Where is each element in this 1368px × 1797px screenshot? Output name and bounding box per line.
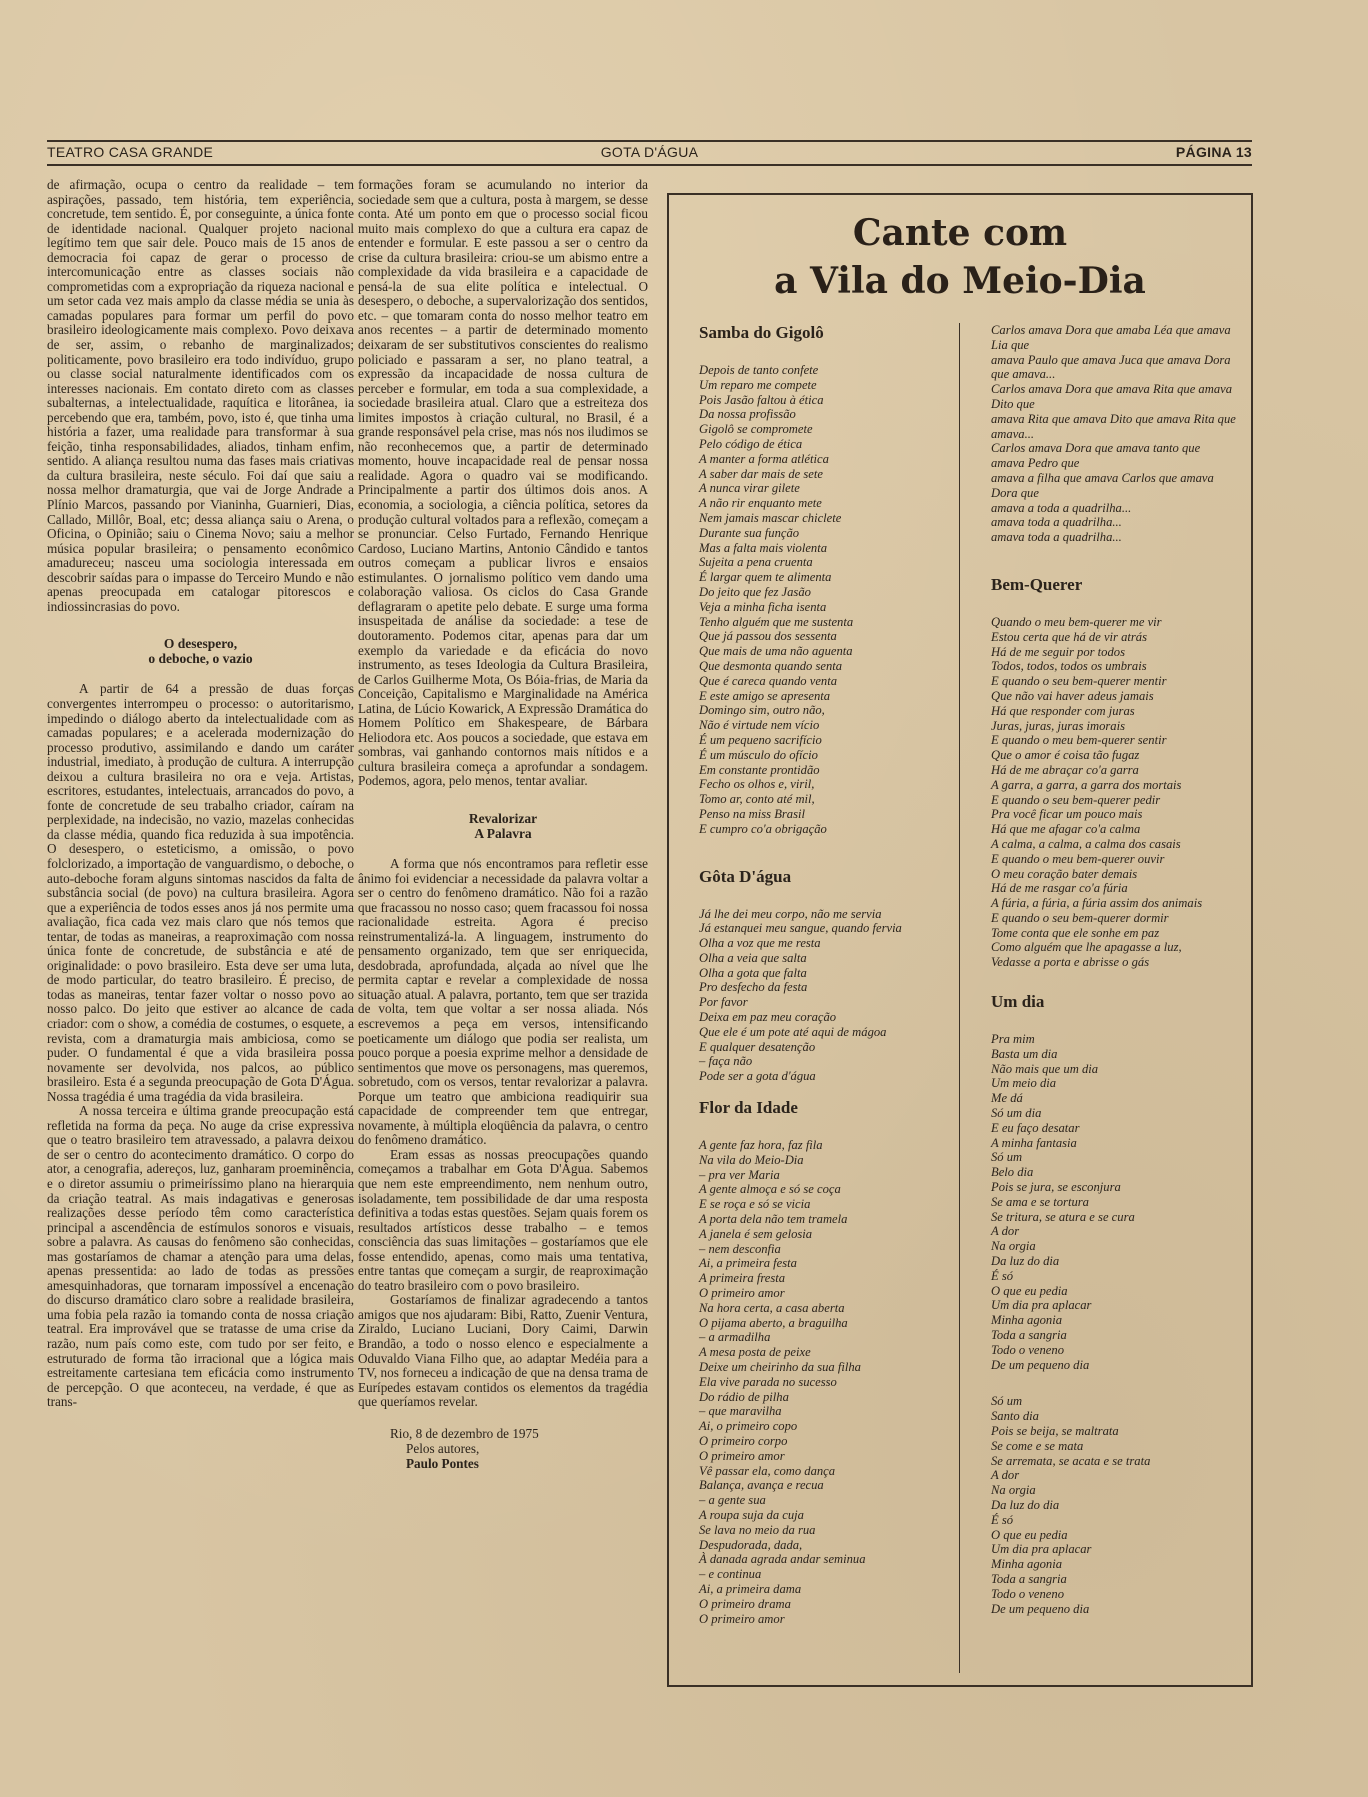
lyric-line: Todos, todos, todos os umbrais bbox=[991, 659, 1236, 674]
lyric-line: A saber dar mais de sete bbox=[699, 467, 954, 482]
lyric-line: Carlos amava Dora que amava tanto que am… bbox=[991, 441, 1236, 471]
lyric-line: Quando o meu bem-querer me vir bbox=[991, 615, 1236, 630]
lyric-line: Se tritura, se atura e se cura bbox=[991, 1210, 1236, 1225]
lyric-line: O pijama aberto, a braguilha bbox=[699, 1316, 954, 1331]
lyric-line: Em constante prontidão bbox=[699, 763, 954, 778]
column-divider bbox=[959, 323, 960, 1673]
lyric-line: Na orgia bbox=[991, 1483, 1236, 1498]
lyric-line: Só um bbox=[991, 1150, 1236, 1165]
song-title-bem-querer: Bem-Querer bbox=[991, 575, 1236, 595]
lyric-line: – a armadilha bbox=[699, 1330, 954, 1345]
song-lyrics-bem-querer: Quando o meu bem-querer me virEstou cert… bbox=[991, 615, 1236, 970]
lyric-line: Pelo código de ética bbox=[699, 437, 954, 452]
lyric-line: É só bbox=[991, 1513, 1236, 1528]
article-signature: Rio, 8 de dezembro de 1975 Pelos autores… bbox=[358, 1426, 648, 1471]
lyric-line: Se come e se mata bbox=[991, 1439, 1236, 1454]
lyric-line: Todo o veneno bbox=[991, 1343, 1236, 1358]
lyric-line: O primeiro amor bbox=[699, 1612, 954, 1627]
lyric-line: Da luz do dia bbox=[991, 1498, 1236, 1513]
lyric-line: Juras, juras, juras imorais bbox=[991, 719, 1236, 734]
lyric-line: A gente almoça e só se coça bbox=[699, 1182, 954, 1197]
lyric-line: Minha agonia bbox=[991, 1557, 1236, 1572]
lyric-line: Pode ser a gota d'água bbox=[699, 1069, 954, 1084]
lyric-line: Já estanquei meu sangue, quando fervia bbox=[699, 921, 954, 936]
lyric-line: Deixa em paz meu coração bbox=[699, 1010, 954, 1025]
lyric-line: E qualquer desatenção bbox=[699, 1040, 954, 1055]
article-subheading-desespero: O desespero, o deboche, o vazio bbox=[47, 636, 354, 666]
lyric-line: Ai, a primeira festa bbox=[699, 1256, 954, 1271]
signature-author: Paulo Pontes bbox=[390, 1456, 648, 1471]
lyric-line: Olha a veia que salta bbox=[699, 951, 954, 966]
song-title-samba-do-gigolo: Samba do Gigolô bbox=[699, 323, 954, 343]
lyric-line: Do jeito que fez Jasão bbox=[699, 585, 954, 600]
lyric-line: Minha agonia bbox=[991, 1313, 1236, 1328]
lyric-line: De um pequeno dia bbox=[991, 1358, 1236, 1373]
article-paragraph: A nossa terceira e última grande preocup… bbox=[47, 1104, 354, 1409]
lyric-line: Um reparo me compete bbox=[699, 378, 954, 393]
lyric-line: Toda a sangria bbox=[991, 1572, 1236, 1587]
lyric-line: Carlos amava Dora que amaba Léa que amav… bbox=[991, 323, 1236, 353]
lyric-line: Não é virtude nem vício bbox=[699, 718, 954, 733]
lyric-line: Durante sua função bbox=[699, 526, 954, 541]
header-page-number: PÁGINA 13 bbox=[1176, 144, 1252, 160]
lyric-line: Um dia pra aplacar bbox=[991, 1298, 1236, 1313]
lyric-line: Há de me rasgar co'a fúria bbox=[991, 881, 1236, 896]
lyric-line: Não mais que um dia bbox=[991, 1062, 1236, 1077]
lyric-line: Gigolô se compromete bbox=[699, 422, 954, 437]
lyric-line: O que eu pedia bbox=[991, 1528, 1236, 1543]
article-paragraph: A partir de 64 a pressão de duas forças … bbox=[47, 682, 354, 1104]
article-column-1: de afirmação, ocupa o centro da realidad… bbox=[47, 178, 354, 1410]
lyric-line: E quando o meu bem-querer ouvir bbox=[991, 852, 1236, 867]
song-lyrics-flor-da-idade: A gente faz hora, faz filaNa vila do Mei… bbox=[699, 1138, 954, 1626]
lyric-line: Como alguém que lhe apagasse a luz, bbox=[991, 940, 1236, 955]
lyric-line: Só um bbox=[991, 1394, 1236, 1409]
lyric-line: Pois Jasão faltou à ética bbox=[699, 393, 954, 408]
lyric-line: Olha a voz que me resta bbox=[699, 936, 954, 951]
lyric-line: A fúria, a fúria, a fúria assim dos anim… bbox=[991, 896, 1236, 911]
lyric-line: Na vila do Meio-Dia bbox=[699, 1153, 954, 1168]
lyric-line: Olha a gota que falta bbox=[699, 966, 954, 981]
lyric-line: Balança, avança e recua bbox=[699, 1478, 954, 1493]
lyric-line: amava a toda a quadrilha... bbox=[991, 501, 1236, 516]
lyric-line: E este amigo se apresenta bbox=[699, 689, 954, 704]
lyric-line: É só bbox=[991, 1269, 1236, 1284]
lyric-line: A manter a forma atlética bbox=[699, 452, 954, 467]
lyric-line: Que mais de uma não aguenta bbox=[699, 644, 954, 659]
lyric-line: Vedasse a porta e abrisse o gás bbox=[991, 955, 1236, 970]
songs-right-column: Carlos amava Dora que amaba Léa que amav… bbox=[991, 323, 1236, 1624]
header-section-name: TEATRO CASA GRANDE bbox=[47, 144, 213, 160]
lyric-line: A nunca virar gilete bbox=[699, 481, 954, 496]
lyric-line: Já lhe dei meu corpo, não me servia bbox=[699, 907, 954, 922]
lyric-line: Por favor bbox=[699, 995, 954, 1010]
lyric-line: Penso na miss Brasil bbox=[699, 807, 954, 822]
page-header: TEATRO CASA GRANDE GOTA D'ÁGUA PÁGINA 13 bbox=[47, 140, 1252, 166]
lyric-line: Ai, a primeira dama bbox=[699, 1582, 954, 1597]
lyric-line: A não rir enquanto mete bbox=[699, 496, 954, 511]
article-paragraph: formações foram se acumulando no interio… bbox=[358, 178, 648, 789]
lyric-line: – a gente sua bbox=[699, 1493, 954, 1508]
article-paragraph: A forma que nós encontramos para refleti… bbox=[358, 857, 648, 1148]
lyric-line: O que eu pedia bbox=[991, 1284, 1236, 1299]
lyric-line: amava Rita que amava Dito que amava Rita… bbox=[991, 412, 1236, 442]
lyric-line: E quando o seu bem-querer dormir bbox=[991, 911, 1236, 926]
lyric-line: E quando o meu bem-querer sentir bbox=[991, 733, 1236, 748]
subheading-line: o deboche, o vazio bbox=[47, 651, 354, 666]
lyric-line: Pra mim bbox=[991, 1032, 1236, 1047]
lyric-line: E cumpro co'a obrigação bbox=[699, 822, 954, 837]
lyric-line: Tomo ar, conto até mil, bbox=[699, 792, 954, 807]
lyric-line: O primeiro corpo bbox=[699, 1434, 954, 1449]
lyric-line: A roupa suja da cuja bbox=[699, 1508, 954, 1523]
lyric-line: Na orgia bbox=[991, 1239, 1236, 1254]
song-lyrics-samba-do-gigolo: Depois de tanto confeteUm reparo me comp… bbox=[699, 363, 954, 837]
lyric-line: E quando o seu bem-querer mentir bbox=[991, 674, 1236, 689]
lyric-line: Um meio dia bbox=[991, 1076, 1236, 1091]
lyric-line: Há que responder com juras bbox=[991, 704, 1236, 719]
song-lyrics-quadrilha: Carlos amava Dora que amaba Léa que amav… bbox=[991, 323, 1236, 545]
lyric-line: Me dá bbox=[991, 1091, 1236, 1106]
lyric-line: É um músculo do ofício bbox=[699, 748, 954, 763]
songs-box: Cante com a Vila do Meio-Dia Samba do Gi… bbox=[667, 193, 1253, 1687]
lyric-line: A primeira fresta bbox=[699, 1271, 954, 1286]
lyric-line: Domingo sim, outro não, bbox=[699, 703, 954, 718]
lyric-line: Carlos amava Dora que amava Rita que ama… bbox=[991, 382, 1236, 412]
lyric-line: Há que me afagar co'a calma bbox=[991, 822, 1236, 837]
article-subheading-revalorizar: Revalorizar A Palavra bbox=[358, 811, 648, 841]
lyric-line: Que não vai haver adeus jamais bbox=[991, 689, 1236, 704]
lyric-line: É um pequeno sacrifício bbox=[699, 733, 954, 748]
lyric-line: A dor bbox=[991, 1224, 1236, 1239]
subheading-line: O desespero, bbox=[47, 636, 354, 651]
lyric-line: A minha fantasia bbox=[991, 1136, 1236, 1151]
lyric-line: Basta um dia bbox=[991, 1047, 1236, 1062]
lyric-line: Que desmonta quando senta bbox=[699, 659, 954, 674]
lyric-line: Ela vive parada no sucesso bbox=[699, 1375, 954, 1390]
lyric-line: Estou certa que há de vir atrás bbox=[991, 630, 1236, 645]
lyric-line: amava Paulo que amava Juca que amava Dor… bbox=[991, 353, 1236, 383]
lyric-line: Que já passou dos sessenta bbox=[699, 629, 954, 644]
song-lyrics-um-dia-stanza-1: Pra mimBasta um diaNão mais que um diaUm… bbox=[991, 1032, 1236, 1372]
lyric-line: Belo dia bbox=[991, 1165, 1236, 1180]
lyric-line: Do rádio de pilha bbox=[699, 1390, 954, 1405]
lyric-line: Pra você ficar um pouco mais bbox=[991, 807, 1236, 822]
lyric-line: Nem jamais mascar chiclete bbox=[699, 511, 954, 526]
title-line: a Vila do Meio-Dia bbox=[669, 257, 1251, 305]
lyric-line: Santo dia bbox=[991, 1409, 1236, 1424]
lyric-line: Se ama e se tortura bbox=[991, 1195, 1236, 1210]
title-line: Cante com bbox=[669, 209, 1251, 257]
lyric-line: amava a filha que amava Carlos que amava… bbox=[991, 471, 1236, 501]
article-paragraph: de afirmação, ocupa o centro da realidad… bbox=[47, 178, 354, 614]
header-publication-title: GOTA D'ÁGUA bbox=[601, 144, 699, 160]
lyric-line: O primeiro amor bbox=[699, 1449, 954, 1464]
lyric-line: A gente faz hora, faz fila bbox=[699, 1138, 954, 1153]
lyric-line: Fecho os olhos e, viril, bbox=[699, 777, 954, 792]
lyric-line: Depois de tanto confete bbox=[699, 363, 954, 378]
lyric-line: – e continua bbox=[699, 1567, 954, 1582]
songs-left-column: Samba do Gigolô Depois de tanto confeteU… bbox=[699, 323, 954, 1634]
lyric-line: A calma, a calma, a calma dos casais bbox=[991, 837, 1236, 852]
lyric-line: E quando o seu bem-querer pedir bbox=[991, 793, 1236, 808]
lyric-line: A dor bbox=[991, 1468, 1236, 1483]
lyric-line: amava toda a quadrilha... bbox=[991, 530, 1236, 545]
lyric-line: Pois se beija, se maltrata bbox=[991, 1424, 1236, 1439]
article-column-2: formações foram se acumulando no interio… bbox=[358, 178, 648, 1471]
lyric-line: Vê passar ela, como dança bbox=[699, 1464, 954, 1479]
lyric-line: – pra ver Maria bbox=[699, 1168, 954, 1183]
lyric-line: Todo o veneno bbox=[991, 1587, 1236, 1602]
lyric-line: Se arremata, se acata e se trata bbox=[991, 1454, 1236, 1469]
lyric-line: Que o amor é coisa tão fugaz bbox=[991, 748, 1236, 763]
lyric-line: Pro desfecho da festa bbox=[699, 980, 954, 995]
subheading-line: Revalorizar bbox=[358, 811, 648, 826]
lyric-line: Da nossa profissão bbox=[699, 407, 954, 422]
song-title-um-dia: Um dia bbox=[991, 992, 1236, 1012]
lyric-line: A mesa posta de peixe bbox=[699, 1345, 954, 1360]
lyric-line: E se roça e só se vicia bbox=[699, 1197, 954, 1212]
lyric-line: Só um dia bbox=[991, 1106, 1236, 1121]
lyric-line: Da luz do dia bbox=[991, 1254, 1236, 1269]
subheading-line: A Palavra bbox=[358, 826, 648, 841]
lyric-line: A garra, a garra, a garra dos mortais bbox=[991, 778, 1236, 793]
song-lyrics-um-dia-stanza-2: Só umSanto diaPois se beija, se maltrata… bbox=[991, 1394, 1236, 1616]
lyric-line: Um dia pra aplacar bbox=[991, 1542, 1236, 1557]
lyric-line: – nem desconfia bbox=[699, 1242, 954, 1257]
lyric-line: À danada agrada andar seminua bbox=[699, 1552, 954, 1567]
lyric-line: Tenho alguém que me sustenta bbox=[699, 615, 954, 630]
article-paragraph: Eram essas as nossas preocupações quando… bbox=[358, 1148, 648, 1293]
song-title-flor-da-idade: Flor da Idade bbox=[699, 1098, 954, 1118]
song-title-gota-dagua: Gôta D'água bbox=[699, 867, 954, 887]
signature-by: Pelos autores, bbox=[390, 1441, 648, 1456]
lyric-line: E eu faço desatar bbox=[991, 1121, 1236, 1136]
lyric-line: Deixe um cheirinho da sua filha bbox=[699, 1360, 954, 1375]
lyric-line: Toda a sangria bbox=[991, 1328, 1236, 1343]
lyric-line: Se lava no meio da rua bbox=[699, 1523, 954, 1538]
lyric-line: – que maravilha bbox=[699, 1404, 954, 1419]
lyric-line: A porta dela não tem tramela bbox=[699, 1212, 954, 1227]
lyric-line: A janela é sem gelosia bbox=[699, 1227, 954, 1242]
lyric-line: amava toda a quadrilha... bbox=[991, 515, 1236, 530]
lyric-line: Despudorada, dada, bbox=[699, 1538, 954, 1553]
article-paragraph: Gostaríamos de finalizar agradecendo a t… bbox=[358, 1293, 648, 1409]
lyric-line: Na hora certa, a casa aberta bbox=[699, 1301, 954, 1316]
lyric-line: O primeiro drama bbox=[699, 1597, 954, 1612]
lyric-line: Sujeita a pena cruenta bbox=[699, 555, 954, 570]
lyric-line: Que ele é um pote até aqui de mágoa bbox=[699, 1025, 954, 1040]
lyric-line: Mas a falta mais violenta bbox=[699, 541, 954, 556]
lyric-line: É largar quem te alimenta bbox=[699, 570, 954, 585]
lyric-line: De um pequeno dia bbox=[991, 1602, 1236, 1617]
lyric-line: Ai, o primeiro copo bbox=[699, 1419, 954, 1434]
song-lyrics-gota-dagua: Já lhe dei meu corpo, não me serviaJá es… bbox=[699, 907, 954, 1085]
songs-box-title: Cante com a Vila do Meio-Dia bbox=[669, 209, 1251, 305]
lyric-line: Veja a minha ficha isenta bbox=[699, 600, 954, 615]
signature-date: Rio, 8 de dezembro de 1975 bbox=[390, 1426, 648, 1441]
lyric-line: Tome conta que ele sonhe em paz bbox=[991, 926, 1236, 941]
lyric-line: Que é careca quando venta bbox=[699, 674, 954, 689]
lyric-line: Há de me abraçar co'a garra bbox=[991, 763, 1236, 778]
lyric-line: – faça não bbox=[699, 1054, 954, 1069]
lyric-line: O meu coração bater demais bbox=[991, 867, 1236, 882]
lyric-line: Há de me seguir por todos bbox=[991, 645, 1236, 660]
lyric-line: Pois se jura, se esconjura bbox=[991, 1180, 1236, 1195]
lyric-line: O primeiro amor bbox=[699, 1286, 954, 1301]
